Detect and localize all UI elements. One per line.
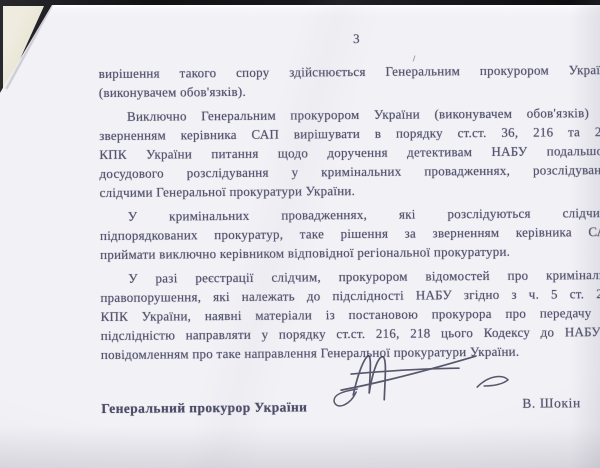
text-line: підпорядкованих прокуратур, таке рішення… xyxy=(100,222,600,245)
text-line: досудового розслідування у кримінальних … xyxy=(99,160,600,183)
signer-title: Генеральний прокурор України xyxy=(101,397,307,418)
page-content: 3 вирішення такого спору здійснюється Ге… xyxy=(98,27,600,452)
paragraph: У кримінальних провадженнях, які розслід… xyxy=(100,203,600,264)
text-line: слідчими Генеральної прокуратури України… xyxy=(100,179,600,202)
handwritten-signature-icon xyxy=(313,347,529,419)
text-line: підслідністю направляти у порядку ст.ст.… xyxy=(101,322,600,345)
signature-block: Генеральний прокурор України xyxy=(101,368,600,452)
signer-name: В. Шокін xyxy=(522,393,581,412)
page-number: 3 xyxy=(98,27,600,50)
paragraph: вирішення такого спору здійснюється Гене… xyxy=(99,60,600,102)
text-line: (виконувачем обов'язків). xyxy=(99,79,600,102)
text-line: вирішення такого спору здійснюється Гене… xyxy=(99,60,600,83)
paragraph: Виключно Генеральним прокурором України … xyxy=(99,103,600,202)
text-line: приймати виключно керівником відповідної… xyxy=(100,241,600,264)
document-page: 3 вирішення такого спору здійснюється Ге… xyxy=(0,5,600,468)
photographed-document: 3 вирішення такого спору здійснюється Ге… xyxy=(0,0,600,468)
